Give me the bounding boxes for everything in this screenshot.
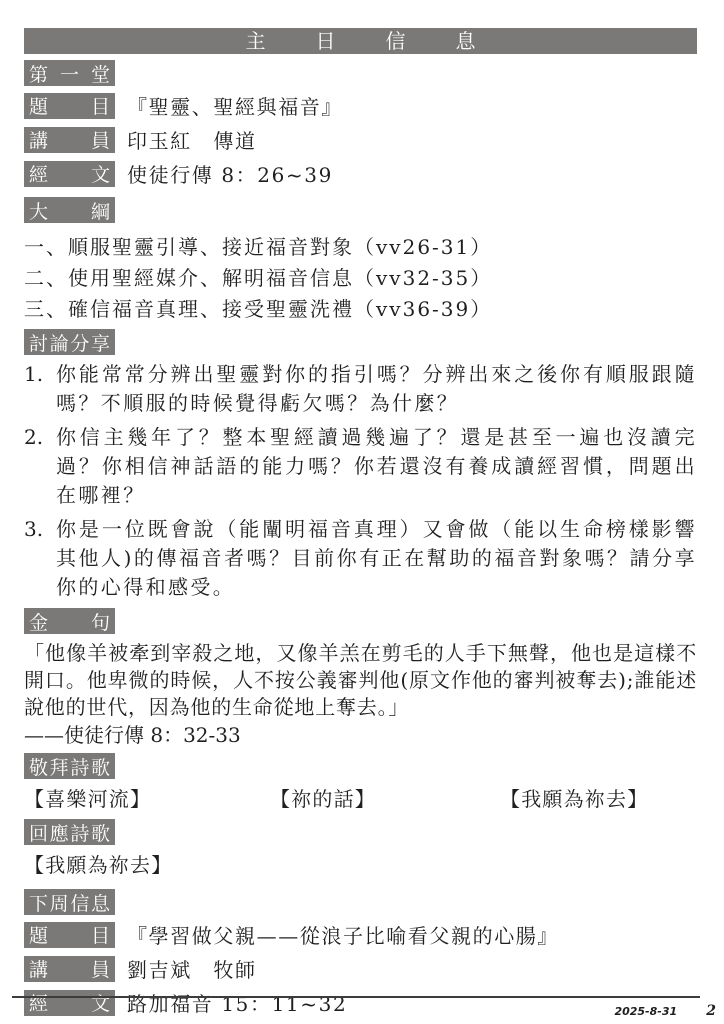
response-song-label: 回應詩歌 <box>24 819 115 845</box>
footer-page-number: 2 <box>706 1003 716 1019</box>
worship-song-list: 【喜樂河流】 【祢的話】 【我願為祢去】 <box>24 784 697 814</box>
question-number: 2. <box>24 423 56 510</box>
next-week-row: 下周信息 <box>24 889 697 915</box>
question-text: 你信主幾年了？整本聖經讀過幾遍了？還是甚至一遍也沒讀完過？你相信神話語的能力嗎？… <box>56 423 697 510</box>
golden-verse-reference: ——使徒行傳 8：32-33 <box>24 721 697 749</box>
discussion-label: 討論分享 <box>24 329 115 355</box>
response-song-row: 回應詩歌 <box>24 819 697 845</box>
topic-value: 『聖靈、聖經與福音』 <box>127 91 343 120</box>
outline-list: 一、順服聖靈引導、接近福音對象（vv26-31） 二、使用聖經媒介、解明福音信息… <box>24 232 697 325</box>
question-number: 1. <box>24 360 56 418</box>
scripture-label: 經文 <box>24 161 115 187</box>
outline-item: 三、確信福音真理、接受聖靈洗禮（vv36-39） <box>24 294 697 325</box>
discussion-question: 1. 你能常常分辨出聖靈對你的指引嗎？分辨出來之後你有順服跟隨嗎？不順服的時候覺… <box>24 360 697 418</box>
question-text: 你是一位既會說（能闡明福音真理）又會做（能以生命榜樣影響其他人)的傳福音者嗎？目… <box>56 515 697 602</box>
outline-label: 大綱 <box>24 197 115 223</box>
next-week-label: 下周信息 <box>24 889 115 915</box>
golden-verse-label: 金句 <box>24 608 115 634</box>
page-title: 主日信息 <box>24 28 697 54</box>
next-week-speaker-label: 講員 <box>24 956 115 982</box>
speaker-row: 講員 印玉紅 傳道 <box>24 125 697 154</box>
question-number: 3. <box>24 515 56 602</box>
next-week-speaker-row: 講員 劉吉斌 牧師 <box>24 954 697 983</box>
verse-row: 金句 <box>24 608 697 634</box>
song-title: 【我願為祢去】 <box>500 784 697 814</box>
next-week-topic-row: 題目 『學習做父親——從浪子比喻看父親的心腸』 <box>24 920 697 949</box>
golden-verse-text: 「他像羊被牽到宰殺之地，又像羊羔在剪毛的人手下無聲，他也是這樣不開口。他卑微的時… <box>24 640 697 721</box>
discussion-question: 3. 你是一位既會說（能闡明福音真理）又會做（能以生命榜樣影響其他人)的傳福音者… <box>24 515 697 602</box>
first-service-label: 第一堂 <box>24 60 115 86</box>
topic-label: 題目 <box>24 93 115 119</box>
response-song-list: 【我願為祢去】 <box>24 850 697 880</box>
footer-date: 2025-8-31 <box>614 1005 677 1018</box>
speaker-value: 印玉紅 傳道 <box>127 125 257 154</box>
outline-row: 大綱 <box>24 197 697 223</box>
discussion-list: 1. 你能常常分辨出聖靈對你的指引嗎？分辨出來之後你有順服跟隨嗎？不順服的時候覺… <box>24 360 697 602</box>
song-title: 【喜樂河流】 <box>24 784 270 814</box>
outline-item: 一、順服聖靈引導、接近福音對象（vv26-31） <box>24 232 697 263</box>
outline-item: 二、使用聖經媒介、解明福音信息（vv32-35） <box>24 263 697 294</box>
bulletin-page: 主日信息 第一堂 題目 『聖靈、聖經與福音』 講員 印玉紅 傳道 經文 使徒行傳… <box>0 0 724 1024</box>
topic-row: 題目 『聖靈、聖經與福音』 <box>24 91 697 120</box>
worship-songs-row: 敬拜詩歌 <box>24 753 697 779</box>
question-text: 你能常常分辨出聖靈對你的指引嗎？分辨出來之後你有順服跟隨嗎？不順服的時候覺得虧欠… <box>56 360 697 418</box>
discussion-question: 2. 你信主幾年了？整本聖經讀過幾遍了？還是甚至一遍也沒讀完過？你相信神話語的能… <box>24 423 697 510</box>
scripture-value: 使徒行傳 8：26~39 <box>127 159 333 188</box>
footer-text: 2025-8-31 2 <box>12 1000 716 1019</box>
footer-divider <box>12 996 700 998</box>
next-week-speaker-value: 劉吉斌 牧師 <box>127 954 257 983</box>
worship-songs-label: 敬拜詩歌 <box>24 753 115 779</box>
speaker-label: 講員 <box>24 127 115 153</box>
page-footer: 2025-8-31 2 <box>12 996 716 1019</box>
discussion-row: 討論分享 <box>24 329 697 355</box>
song-title: 【我願為祢去】 <box>24 850 270 880</box>
scripture-row: 經文 使徒行傳 8：26~39 <box>24 159 697 188</box>
first-service-row: 第一堂 <box>24 60 697 86</box>
song-title: 【祢的話】 <box>270 784 500 814</box>
next-week-topic-label: 題目 <box>24 922 115 948</box>
next-week-topic-value: 『學習做父親——從浪子比喻看父親的心腸』 <box>127 920 559 949</box>
